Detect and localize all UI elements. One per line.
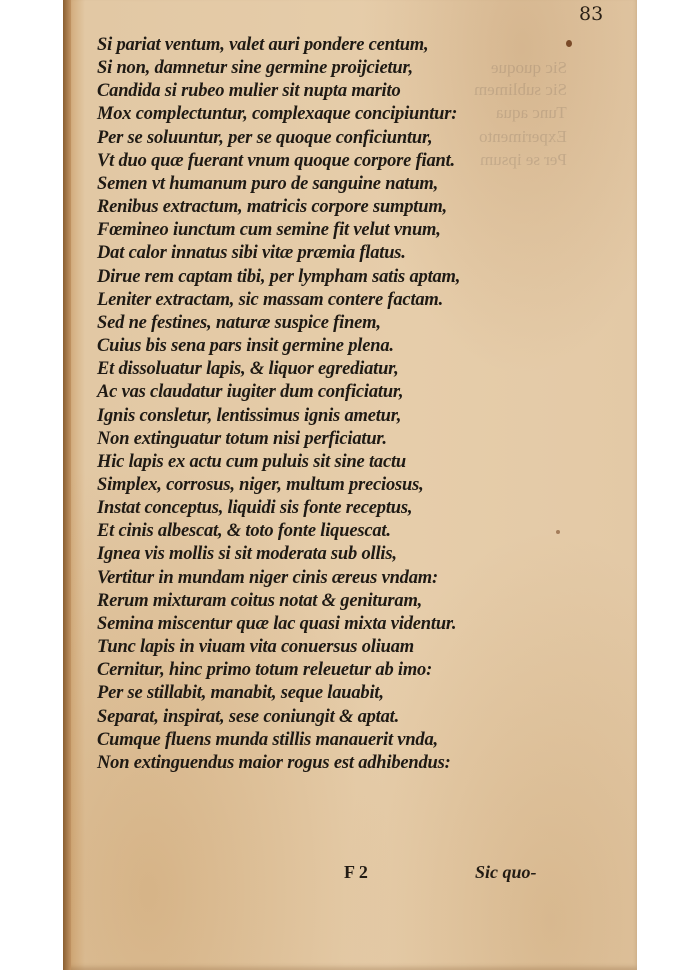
verse-line: Non extinguatur totum nisi perficiatur. [97, 428, 460, 451]
verse-line: Si non, damnetur sine germine proijcietu… [97, 57, 460, 80]
ink-stain [556, 530, 560, 534]
page-number: 83 [579, 3, 603, 25]
verse-line: Et dissoluatur lapis, & liquor egrediatu… [97, 358, 460, 381]
verse-line: Non extinguendus maior rogus est adhiben… [97, 752, 460, 775]
verse-line: Per se stillabit, manabit, seque lauabit… [97, 682, 460, 705]
verse-block: Si pariat ventum, valet auri pondere cen… [97, 34, 460, 775]
verse-line: Dat calor innatus sibi vitæ præmia flatu… [97, 242, 460, 265]
verse-line: Semen vt humanum puro de sanguine natum, [97, 173, 460, 196]
verse-line: Ignis consletur, lentissimus ignis ametu… [97, 405, 460, 428]
bleed-through-text: Experimento [479, 127, 567, 147]
bleed-through-text: Per se ipsum [480, 150, 567, 170]
verse-line: Cernitur, hinc primo totum releuetur ab … [97, 659, 460, 682]
verse-line: Vt duo quæ fuerant vnum quoque corpore f… [97, 150, 460, 173]
verse-line: Cuius bis sena pars insit germine plena. [97, 335, 460, 358]
verse-line: Et cinis albescat, & toto fonte liquesca… [97, 520, 460, 543]
verse-line: Fœmineo iunctum cum semine fit velut vnu… [97, 219, 460, 242]
page-footer: F 2 Sic quo- [63, 862, 637, 892]
verse-line: Leniter extractam, sic massam contere fa… [97, 289, 460, 312]
verse-line: Rerum mixturam coitus notat & genituram, [97, 590, 460, 613]
signature-mark: F 2 [344, 862, 368, 883]
verse-line: Ignea vis mollis si sit moderata sub oll… [97, 543, 460, 566]
verse-line: Renibus extractum, matricis corpore sump… [97, 196, 460, 219]
verse-line: Per se soluuntur, per se quoque conficiu… [97, 127, 460, 150]
page-gutter-shadow [63, 0, 71, 970]
verse-line: Sed ne festines, naturæ suspice finem, [97, 312, 460, 335]
bleed-through-text: Sic sublimem [474, 80, 567, 100]
verse-line: Si pariat ventum, valet auri pondere cen… [97, 34, 460, 57]
verse-line: Candida si rubeo mulier sit nupta marito [97, 80, 460, 103]
catchword: Sic quo- [475, 862, 537, 883]
verse-line: Mox complectuntur, complexaque concipiun… [97, 103, 460, 126]
verse-line: Semina miscentur quæ lac quasi mixta vid… [97, 613, 460, 636]
verse-line: Tunc lapis in viuam vita conuersus oliua… [97, 636, 460, 659]
verse-line: Instat conceptus, liquidi sis fonte rece… [97, 497, 460, 520]
verse-line: Dirue rem captam tibi, per lympham satis… [97, 266, 460, 289]
ink-stain [566, 40, 572, 47]
bleed-through-text: Sic quoque [491, 58, 567, 78]
verse-line: Simplex, corrosus, niger, multum precios… [97, 474, 460, 497]
verse-line: Separat, inspirat, sese coniungit & apta… [97, 706, 460, 729]
book-page: Sic quoque Sic sublimem Tunc aqua Experi… [63, 0, 637, 970]
verse-line: Ac vas claudatur iugiter dum conficiatur… [97, 381, 460, 404]
verse-line: Hic lapis ex actu cum puluis sit sine ta… [97, 451, 460, 474]
verse-line: Vertitur in mundam niger cinis æreus vnd… [97, 567, 460, 590]
verse-line: Cumque fluens munda stillis manauerit vn… [97, 729, 460, 752]
bleed-through-text: Tunc aqua [496, 103, 567, 123]
